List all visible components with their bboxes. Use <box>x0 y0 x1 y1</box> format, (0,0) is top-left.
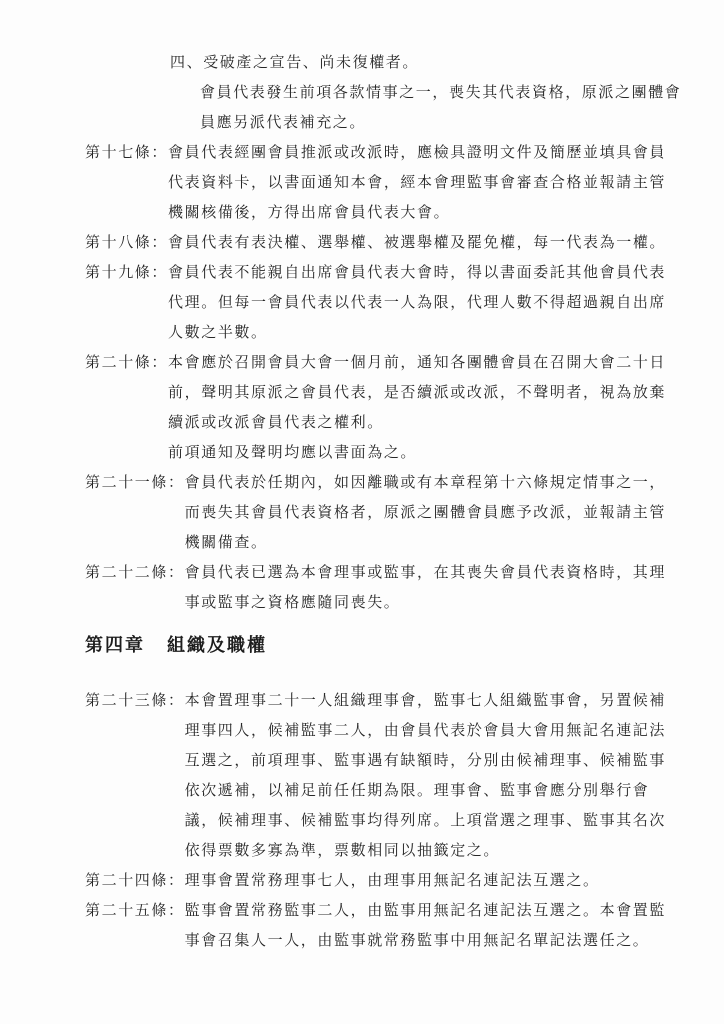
article-20-body: 本會應於召開會員大會一個月前，通知各團體會員在召開大會二十日前，聲明其原派之會員… <box>168 348 682 468</box>
article-19-number: 第十九條： <box>85 258 168 288</box>
chapter-4-heading: 第四章組織及職權 <box>85 630 682 660</box>
clause-followup-paragraph: 會員代表發生前項各款情事之一，喪失其代表資格，原派之團體會員應另派代表補充之。 <box>200 78 682 138</box>
article-21: 第二十一條： 會員代表於任期內，如因離職或有本章程第十六條規定情事之一，而喪失其… <box>85 468 682 558</box>
article-23-body: 本會置理事二十一人組織理事會，監事七人組織監事會，另置候補理事四人，候補監事二人… <box>185 686 682 866</box>
article-17-paragraph: 會員代表經團會員推派或改派時，應檢具證明文件及簡歷並填具會員代表資料卡，以書面通… <box>168 138 682 228</box>
clause-item-number: 四、 <box>170 48 203 78</box>
chapter-title: 組織及職權 <box>167 635 267 655</box>
article-23: 第二十三條： 本會置理事二十一人組織理事會，監事七人組織監事會，另置候補理事四人… <box>85 686 682 866</box>
article-18: 第十八條： 會員代表有表決權、選舉權、被選舉權及罷免權，每一代表為一權。 <box>85 228 682 258</box>
article-25-body: 監事會置常務監事二人，由監事用無記名連記法互選之。本會置監事會召集人一人，由監事… <box>185 896 682 956</box>
article-20-number: 第二十條： <box>85 348 168 378</box>
article-18-body: 會員代表有表決權、選舉權、被選舉權及罷免權，每一代表為一權。 <box>168 228 682 258</box>
article-22-paragraph: 會員代表已選為本會理事或監事，在其喪失會員代表資格時，其理事或監事之資格應隨同喪… <box>185 558 682 618</box>
clause-item-4: 四、 受破產之宣告、尚未復權者。 <box>170 48 682 78</box>
article-18-paragraph: 會員代表有表決權、選舉權、被選舉權及罷免權，每一代表為一權。 <box>168 228 682 258</box>
article-21-body: 會員代表於任期內，如因離職或有本章程第十六條規定情事之一，而喪失其會員代表資格者… <box>185 468 682 558</box>
article-20: 第二十條： 本會應於召開會員大會一個月前，通知各團體會員在召開大會二十日前，聲明… <box>85 348 682 468</box>
article-24-paragraph: 理事會置常務理事七人，由理事用無記名連記法互選之。 <box>185 866 682 896</box>
document-page: 四、 受破產之宣告、尚未復權者。 會員代表發生前項各款情事之一，喪失其代表資格，… <box>0 0 724 1024</box>
clause-item-text: 受破產之宣告、尚未復權者。 <box>203 48 419 78</box>
article-20-paragraph-1: 本會應於召開會員大會一個月前，通知各團體會員在召開大會二十日前，聲明其原派之會員… <box>168 348 682 438</box>
article-23-number: 第二十三條： <box>85 686 185 716</box>
article-20-paragraph-2: 前項通知及聲明均應以書面為之。 <box>168 438 682 468</box>
article-18-number: 第十八條： <box>85 228 168 258</box>
chapter-number: 第四章 <box>85 635 145 655</box>
article-22-body: 會員代表已選為本會理事或監事，在其喪失會員代表資格時，其理事或監事之資格應隨同喪… <box>185 558 682 618</box>
article-23-paragraph: 本會置理事二十一人組織理事會，監事七人組織監事會，另置候補理事四人，候補監事二人… <box>185 686 682 866</box>
article-22-number: 第二十二條： <box>85 558 185 588</box>
article-25-paragraph: 監事會置常務監事二人，由監事用無記名連記法互選之。本會置監事會召集人一人，由監事… <box>185 896 682 956</box>
article-24-number: 第二十四條： <box>85 866 185 896</box>
article-25: 第二十五條： 監事會置常務監事二人，由監事用無記名連記法互選之。本會置監事會召集… <box>85 896 682 956</box>
article-17-number: 第十七條： <box>85 138 168 168</box>
article-25-number: 第二十五條： <box>85 896 185 926</box>
article-19-body: 會員代表不能親自出席會員代表大會時，得以書面委託其他會員代表代理。但每一會員代表… <box>168 258 682 348</box>
article-22: 第二十二條： 會員代表已選為本會理事或監事，在其喪失會員代表資格時，其理事或監事… <box>85 558 682 618</box>
article-21-number: 第二十一條： <box>85 468 185 498</box>
article-17-body: 會員代表經團會員推派或改派時，應檢具證明文件及簡歷並填具會員代表資料卡，以書面通… <box>168 138 682 228</box>
article-21-paragraph: 會員代表於任期內，如因離職或有本章程第十六條規定情事之一，而喪失其會員代表資格者… <box>185 468 682 558</box>
article-19: 第十九條： 會員代表不能親自出席會員代表大會時，得以書面委託其他會員代表代理。但… <box>85 258 682 348</box>
article-24: 第二十四條： 理事會置常務理事七人，由理事用無記名連記法互選之。 <box>85 866 682 896</box>
article-17: 第十七條： 會員代表經團會員推派或改派時，應檢具證明文件及簡歷並填具會員代表資料… <box>85 138 682 228</box>
article-24-body: 理事會置常務理事七人，由理事用無記名連記法互選之。 <box>185 866 682 896</box>
article-19-paragraph: 會員代表不能親自出席會員代表大會時，得以書面委託其他會員代表代理。但每一會員代表… <box>168 258 682 348</box>
